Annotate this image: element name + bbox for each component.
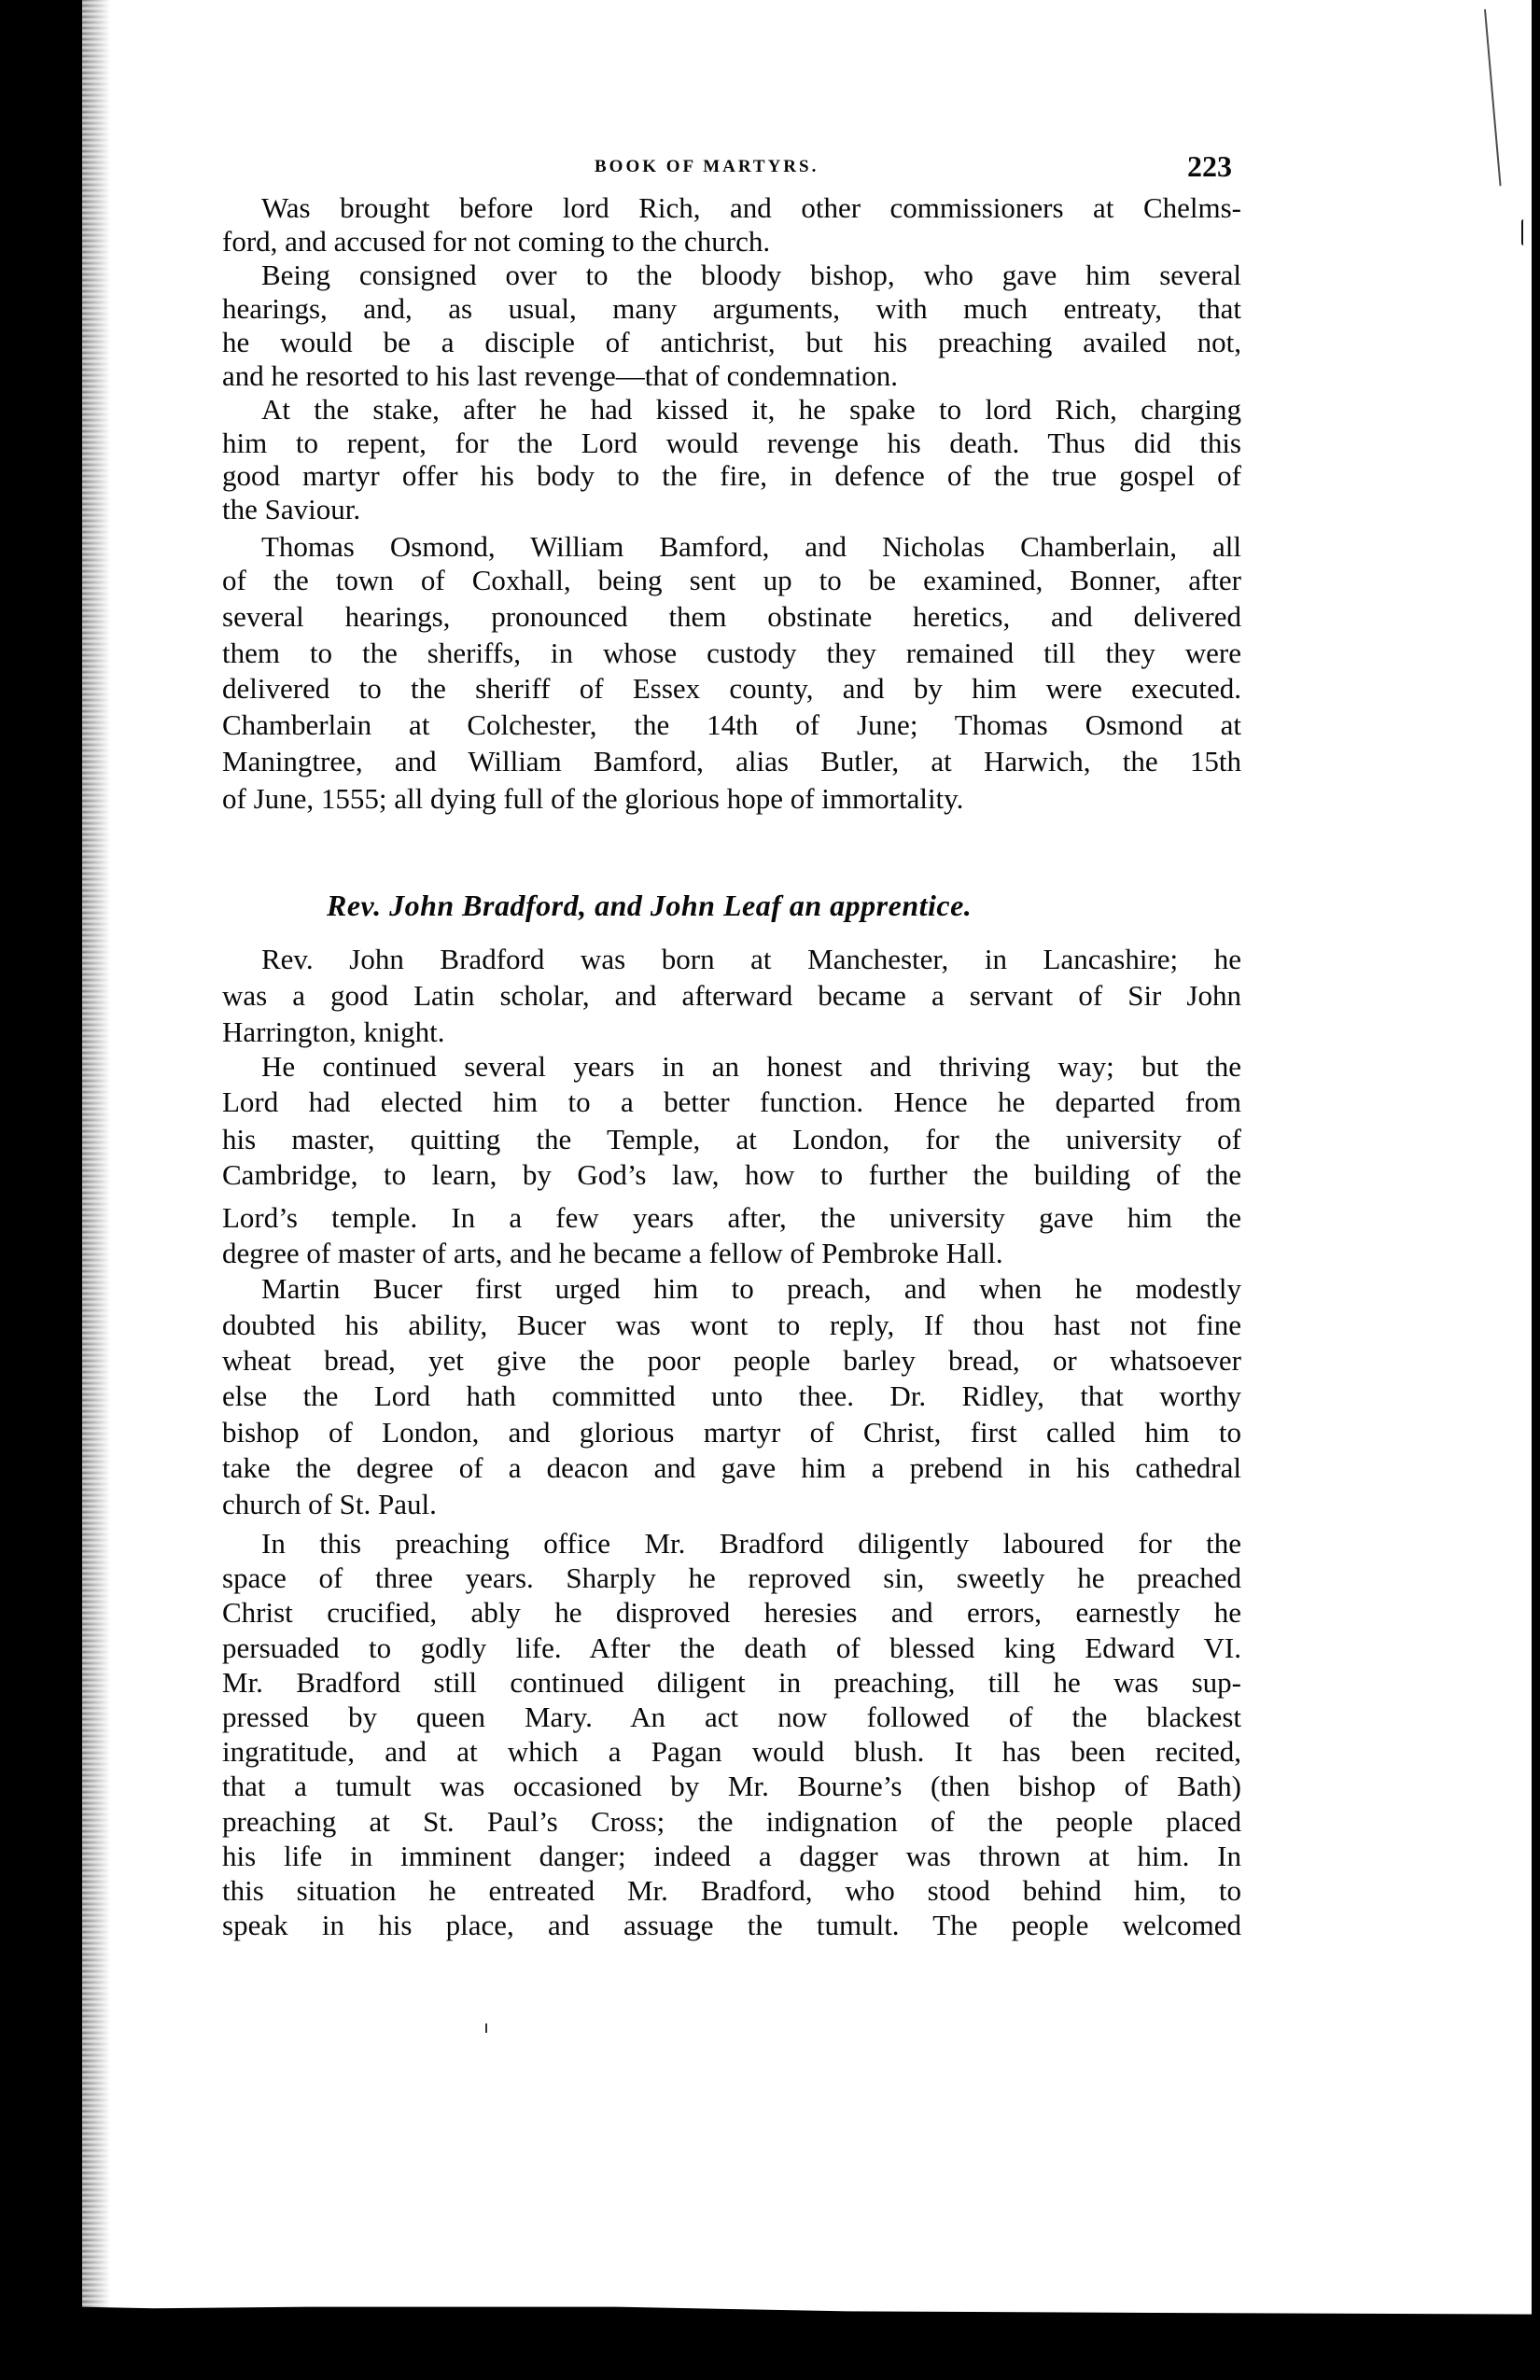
section-heading: Rev. John Bradford, and John Leaf an app…: [327, 890, 972, 920]
text-line: church of St. Paul.: [222, 1490, 1241, 1519]
text-line: ingratitude, and at which a Pagan would …: [222, 1737, 1241, 1766]
text-line: of June, 1555; all dying full of the glo…: [222, 784, 1241, 813]
text-line: space of three years. Sharply he reprove…: [222, 1563, 1241, 1592]
text-line: that a tumult was occasioned by Mr. Bour…: [222, 1771, 1241, 1800]
page-crease-mark: [1484, 9, 1502, 186]
text-line: delivered to the sheriff of Essex county…: [222, 674, 1241, 703]
text-line: his master, quitting the Temple, at Lond…: [222, 1125, 1241, 1154]
text-line: good martyr offer his body to the fire, …: [222, 461, 1241, 490]
page-edge-bottom: [0, 2305, 1540, 2380]
text-line: Christ crucified, ably he disproved here…: [222, 1598, 1241, 1627]
text-line: Mr. Bradford still continued diligent in…: [222, 1668, 1241, 1697]
page-edge-right: [1532, 0, 1540, 2380]
text-line: ford, and accused for not coming to the …: [222, 227, 1241, 256]
text-line: him to repent, for the Lord would reveng…: [222, 428, 1241, 457]
text-line: Rev. John Bradford was born at Mancheste…: [222, 945, 1241, 973]
text-line: Thomas Osmond, William Bamford, and Nich…: [222, 532, 1241, 561]
text-line: preaching at St. Paul’s Cross; the indig…: [222, 1807, 1241, 1836]
text-line: several hearings, pronounced them obstin…: [222, 602, 1241, 631]
margin-bracket-mark: [1521, 219, 1526, 245]
text-line: and he resorted to his last revenge—that…: [222, 361, 1241, 390]
text-line: his life in imminent danger; indeed a da…: [222, 1841, 1241, 1870]
running-head: BOOK OF MARTYRS.: [595, 157, 819, 177]
text-line: hearings, and, as usual, many arguments,…: [222, 294, 1241, 323]
text-line: persuaded to godly life. After the death…: [222, 1633, 1241, 1662]
text-line: pressed by queen Mary. An act now follow…: [222, 1702, 1241, 1731]
text-line: of the town of Coxhall, being sent up to…: [222, 566, 1241, 595]
text-line: Was brought before lord Rich, and other …: [222, 193, 1241, 222]
text-line: bishop of London, and glorious martyr of…: [222, 1418, 1241, 1447]
text-line: Harrington, knight.: [222, 1017, 1241, 1046]
text-line: degree of master of arts, and he became …: [222, 1239, 1241, 1267]
page-number: 223: [1187, 149, 1232, 184]
text-line: speak in his place, and assuage the tumu…: [222, 1911, 1241, 1939]
text-line: take the degree of a deacon and gave him…: [222, 1453, 1241, 1482]
text-line: Maningtree, and William Bamford, alias B…: [222, 747, 1241, 776]
text-line: At the stake, after he had kissed it, he…: [222, 395, 1241, 424]
binding-shadow-left: [0, 0, 82, 2380]
text-line: was a good Latin scholar, and afterward …: [222, 981, 1241, 1010]
text-line: He continued several years in an honest …: [222, 1052, 1241, 1081]
binding-shadow-fade: [82, 0, 110, 2315]
text-line: Cambridge, to learn, by God’s law, how t…: [222, 1160, 1241, 1189]
text-line: Chamberlain at Colchester, the 14th of J…: [222, 710, 1241, 739]
text-line: else the Lord hath committed unto thee. …: [222, 1381, 1241, 1410]
text-line: wheat bread, yet give the poor people ba…: [222, 1346, 1241, 1375]
text-line: doubted his ability, Bucer was wont to r…: [222, 1310, 1241, 1339]
text-line: Lord’s temple. In a few years after, the…: [222, 1203, 1241, 1232]
text-line: Being consigned over to the bloody bisho…: [222, 260, 1241, 289]
text-line: Lord had elected him to a better functio…: [222, 1087, 1241, 1116]
text-line: he would be a disciple of antichrist, bu…: [222, 328, 1241, 357]
text-line: In this preaching office Mr. Bradford di…: [222, 1529, 1241, 1558]
text-line: the Saviour.: [222, 495, 1241, 524]
stray-ink-mark: [485, 2023, 487, 2033]
text-line: this situation he entreated Mr. Bradford…: [222, 1876, 1241, 1905]
text-line: Martin Bucer first urged him to preach, …: [222, 1274, 1241, 1303]
text-line: them to the sheriffs, in whose custody t…: [222, 638, 1241, 667]
